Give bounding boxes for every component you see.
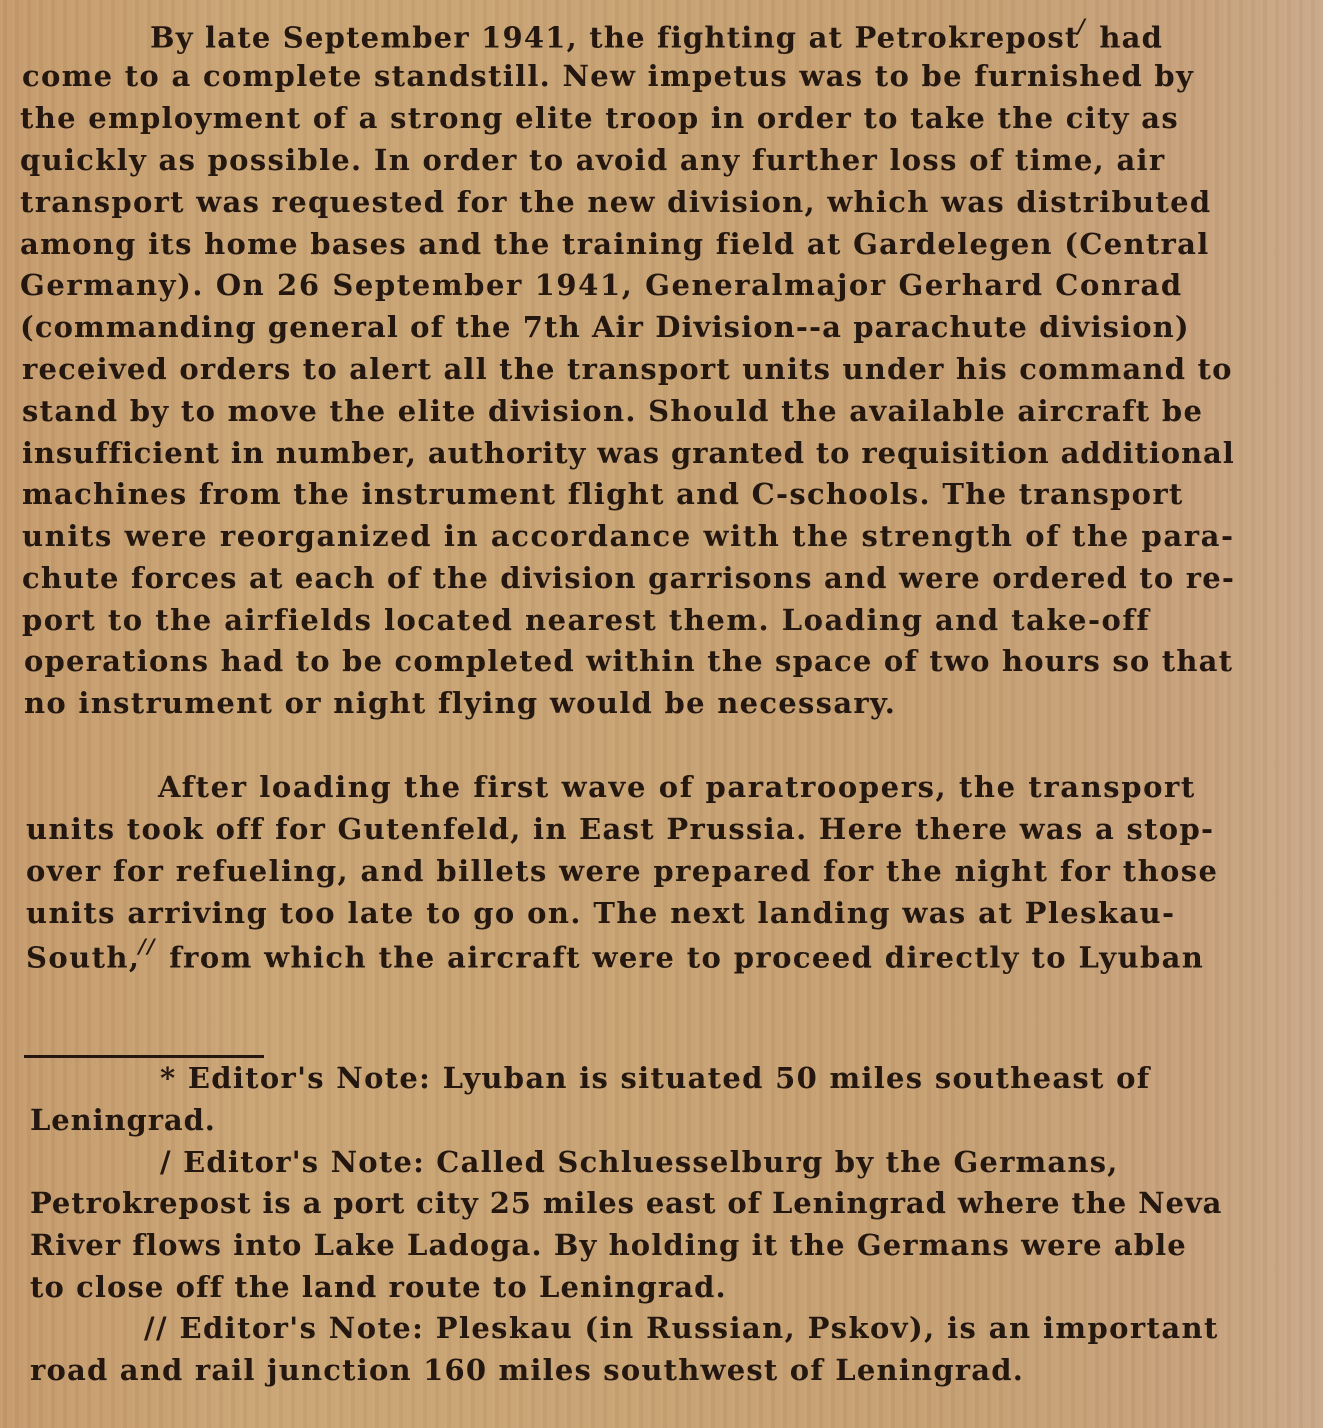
text-line: over for refueling, and billets were pre… <box>26 857 1218 886</box>
footnote-line: * Editor's Note: Lyuban is situated 50 m… <box>160 1064 1151 1093</box>
text-line: received orders to alert all the transpo… <box>22 355 1233 384</box>
footnote-line: / Editor's Note: Called Schluesselburg b… <box>160 1148 1119 1177</box>
text-line: among its home bases and the training fi… <box>20 230 1210 259</box>
footnote-divider <box>24 1055 264 1058</box>
text-line: come to a complete standstill. New impet… <box>22 62 1194 91</box>
text-line: South,// from which the aircraft were to… <box>26 940 1204 973</box>
footnote-line: road and rail junction 160 miles southwe… <box>30 1356 1024 1385</box>
text-line: quickly as possible. In order to avoid a… <box>20 146 1165 175</box>
footnote-line: River flows into Lake Ladoga. By holding… <box>30 1231 1187 1260</box>
text-line: port to the airfields located nearest th… <box>22 606 1150 635</box>
text-line: no instrument or night flying would be n… <box>24 689 896 718</box>
text-line: chute forces at each of the division gar… <box>22 564 1235 593</box>
footnote-mark: / <box>1078 14 1087 38</box>
text-line: stand by to move the elite division. Sho… <box>22 397 1203 426</box>
text-line: transport was requested for the new divi… <box>20 188 1211 217</box>
footnote-line: Leningrad. <box>30 1106 216 1135</box>
text-line: (commanding general of the 7th Air Divis… <box>20 313 1190 342</box>
text-line: units arriving too late to go on. The ne… <box>26 899 1175 928</box>
text-line: units were reorganized in accordance wit… <box>22 522 1235 551</box>
footnote-line: to close off the land route to Leningrad… <box>30 1273 727 1302</box>
text-line: Germany). On 26 September 1941, Generalm… <box>20 271 1183 300</box>
text-line: insufficient in number, authority was gr… <box>22 439 1235 468</box>
text-line: the employment of a strong elite troop i… <box>20 104 1179 133</box>
text-line-content: By late September 1941, the fighting at … <box>150 21 1080 55</box>
footnote-mark: // <box>138 934 155 958</box>
text-line-tail: had <box>1099 21 1163 55</box>
text-line: After loading the first wave of paratroo… <box>158 773 1196 802</box>
text-line: machines from the instrument flight and … <box>22 480 1184 509</box>
footnote-line: Petrokrepost is a port city 25 miles eas… <box>30 1189 1222 1218</box>
document-page: By late September 1941, the fighting at … <box>0 0 1323 1428</box>
text-line-content: South, <box>26 941 140 975</box>
text-line: units took off for Gutenfeld, in East Pr… <box>26 815 1214 844</box>
text-line: By late September 1941, the fighting at … <box>150 20 1163 53</box>
text-line: operations had to be completed within th… <box>24 647 1233 676</box>
footnote-line: // Editor's Note: Pleskau (in Russian, P… <box>144 1314 1219 1343</box>
text-line-tail: from which the aircraft were to proceed … <box>169 941 1204 975</box>
